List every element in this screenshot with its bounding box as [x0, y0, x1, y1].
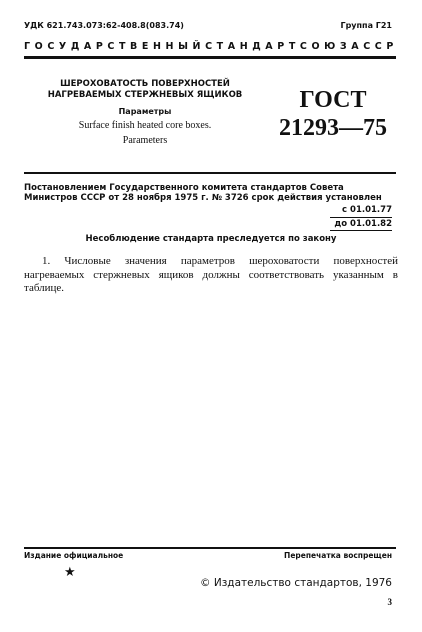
official-edition-label: Издание официальное: [24, 551, 123, 560]
banner-word: ССР: [363, 41, 398, 52]
english-title-line-1: Surface finish heated core boxes.: [40, 120, 250, 131]
title-rule: [24, 172, 396, 174]
law-notice: Несоблюдение стандарта преследуется по з…: [0, 234, 422, 244]
banner-word: ГОСУДАРСТВЕННЫЙ: [24, 41, 205, 52]
star-icon: ★: [64, 565, 76, 580]
title-block: ШЕРОХОВАТОСТЬ ПОВЕРХНОСТЕЙ НАГРЕВАЕМЫХ С…: [40, 79, 250, 146]
banner-word: СТАНДАРТ: [205, 41, 300, 52]
subtitle: Параметры: [40, 107, 250, 116]
udk-code: УДК 621.743.073:62-408.8(083.74): [24, 21, 184, 30]
date-to: до 01.01.82: [330, 219, 392, 232]
group-code: Группа Г21: [340, 21, 392, 30]
validity-dates: с 01.01.77 до 01.01.82: [330, 205, 392, 232]
standard-number: 21293—75: [268, 114, 398, 142]
paragraph-1: 1. Числовые значения параметров шерохова…: [24, 255, 398, 296]
state-standard-banner: ГОСУДАРСТВЕННЫЙ СТАНДАРТ СОЮЗА ССР: [24, 41, 396, 52]
title-line-1: ШЕРОХОВАТОСТЬ ПОВЕРХНОСТЕЙ: [40, 79, 250, 90]
footer-rule: [24, 547, 396, 549]
reprint-prohibited-label: Перепечатка воспрещен: [284, 551, 392, 560]
title-line-2: НАГРЕВАЕМЫХ СТЕРЖНЕВЫХ ЯЩИКОВ: [40, 90, 250, 101]
page-number: 3: [388, 597, 393, 607]
date-from: с 01.01.77: [330, 205, 392, 218]
decree-text: Постановлением Государственного комитета…: [24, 183, 399, 203]
copyright-notice: © Издательство стандартов, 1976: [200, 577, 392, 589]
standard-label: ГОСТ: [268, 86, 398, 114]
standard-designation: ГОСТ 21293—75: [268, 86, 398, 142]
english-title-line-2: Parameters: [40, 135, 250, 146]
banner-word: СОЮЗА: [300, 41, 363, 52]
header-rule: [24, 56, 396, 59]
